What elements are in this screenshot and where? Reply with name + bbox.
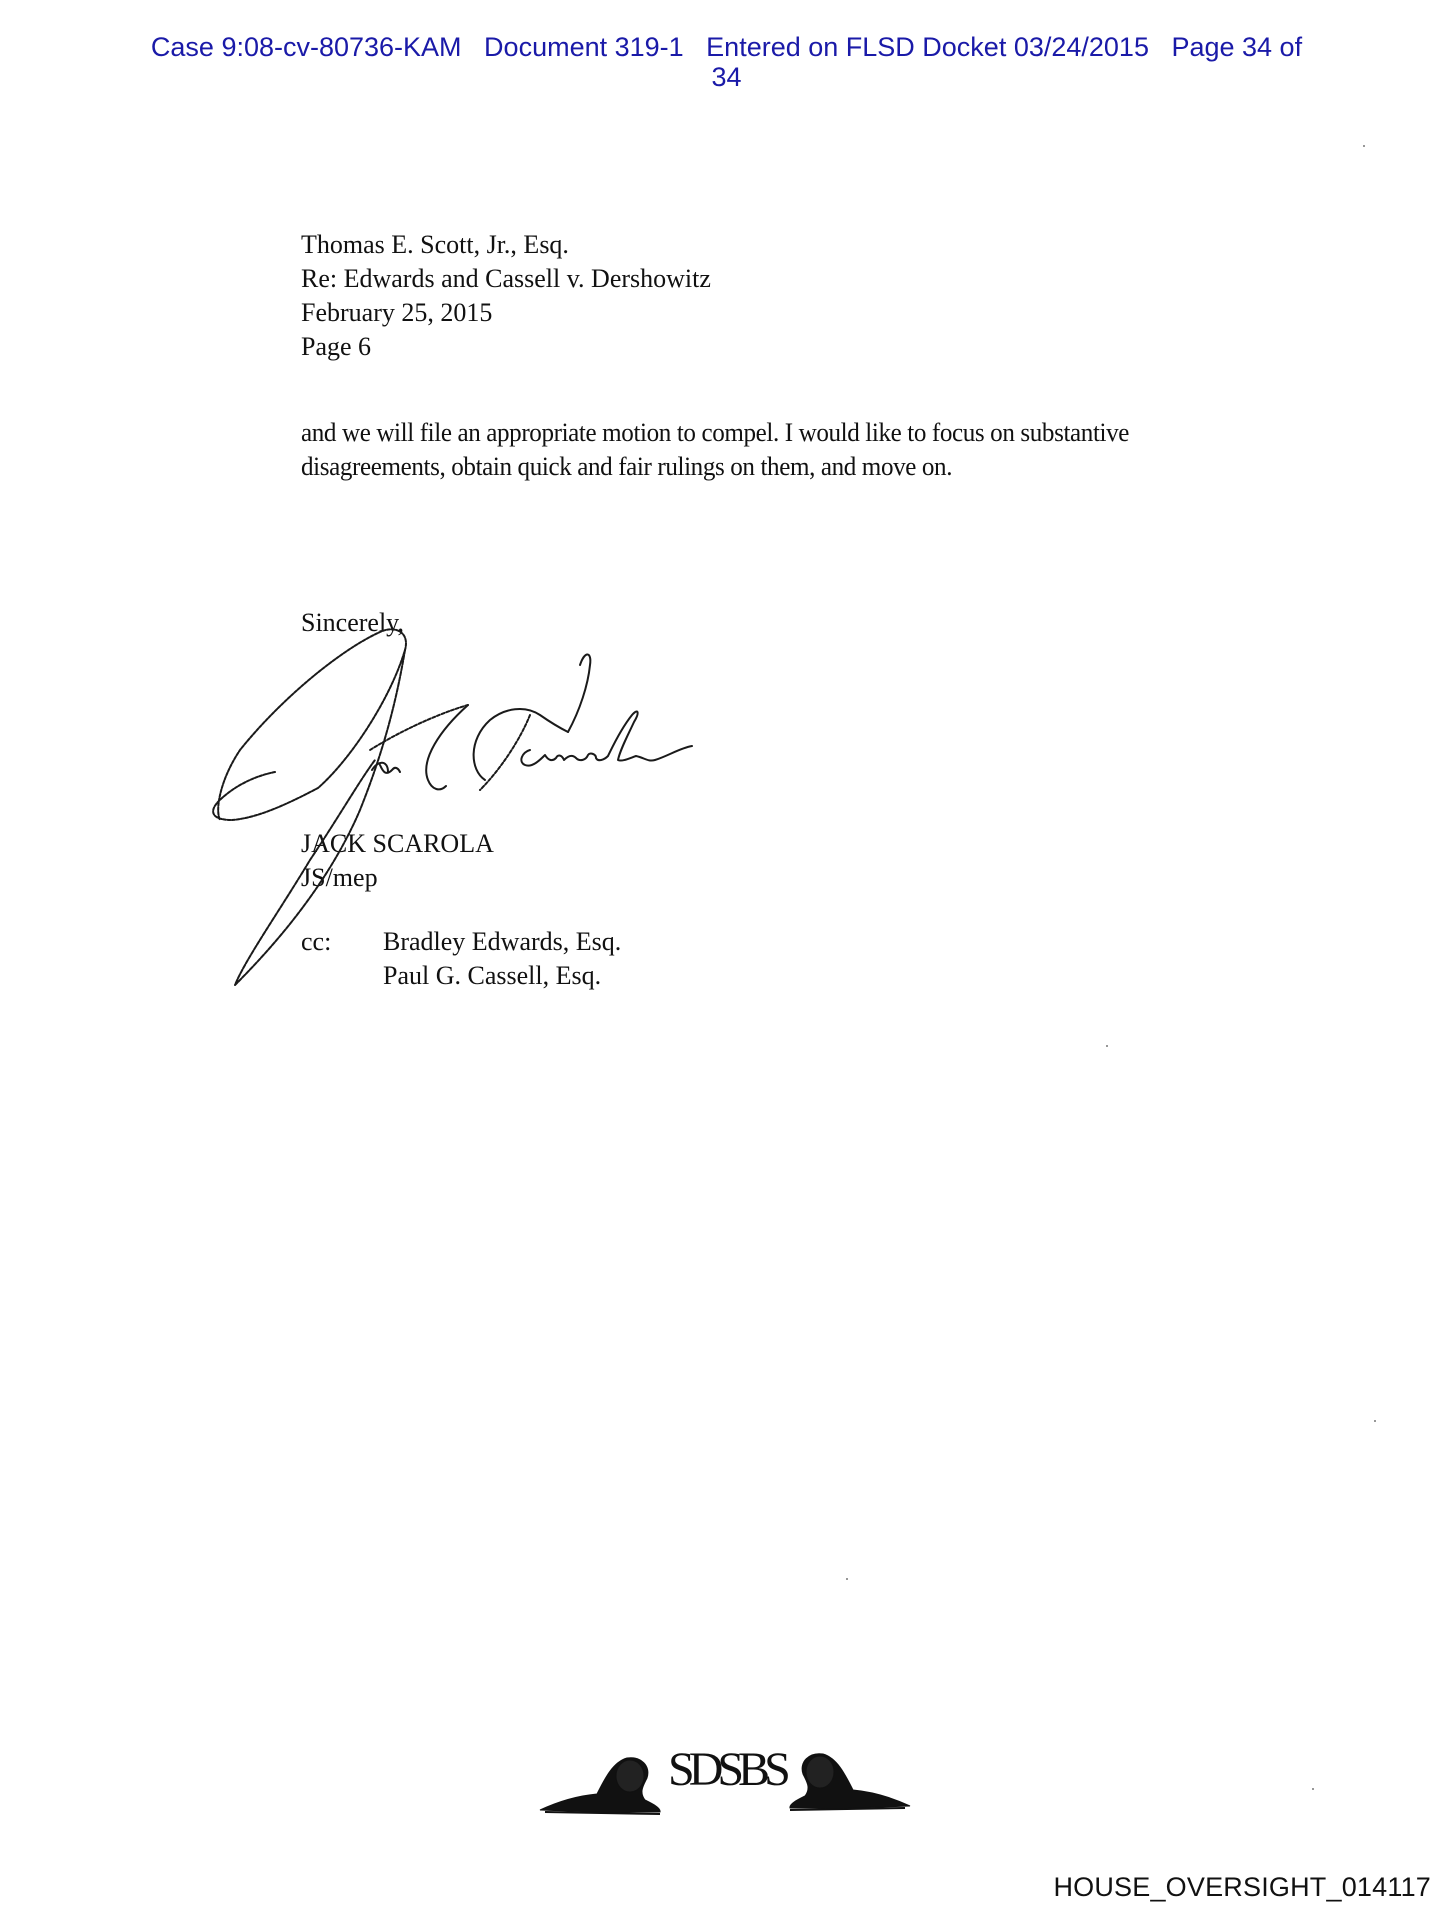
signer-name: JACK SCAROLA bbox=[301, 827, 494, 861]
letter-continuation-header: Thomas E. Scott, Jr., Esq. Re: Edwards a… bbox=[301, 228, 711, 364]
stamp-line-1: Case 9:08-cv-80736-KAM Document 319-1 En… bbox=[0, 32, 1453, 62]
cc-row: cc: Bradley Edwards, Esq. bbox=[301, 925, 621, 959]
body-paragraph: and we will file an appropriate motion t… bbox=[301, 416, 1276, 484]
typist-initials: JS/mep bbox=[301, 861, 494, 895]
cc-label: cc: bbox=[301, 925, 383, 959]
cc-block: cc: Bradley Edwards, Esq. Paul G. Cassel… bbox=[301, 925, 621, 993]
closing-salutation: Sincerely, bbox=[301, 606, 404, 640]
scan-speck bbox=[846, 1578, 848, 1580]
scan-speck bbox=[1106, 1045, 1108, 1047]
scan-speck bbox=[1312, 1788, 1314, 1790]
firm-logo: SDSBS bbox=[530, 1730, 920, 1820]
scan-speck bbox=[1363, 145, 1365, 147]
stamp-line-2: 34 bbox=[0, 62, 1453, 92]
body-line: and we will file an appropriate motion t… bbox=[301, 416, 1276, 450]
court-filing-stamp: Case 9:08-cv-80736-KAM Document 319-1 En… bbox=[0, 32, 1453, 92]
letter-date: February 25, 2015 bbox=[301, 296, 711, 330]
recipient-name: Thomas E. Scott, Jr., Esq. bbox=[301, 228, 711, 262]
page-number: Page 6 bbox=[301, 330, 711, 364]
re-line: Re: Edwards and Cassell v. Dershowitz bbox=[301, 262, 711, 296]
scan-speck bbox=[1374, 1420, 1376, 1422]
firm-monogram: SDSBS bbox=[668, 1742, 785, 1797]
lion-left-icon bbox=[535, 1748, 665, 1818]
cc-recipient: Paul G. Cassell, Esq. bbox=[301, 959, 621, 993]
lion-right-icon bbox=[785, 1744, 915, 1814]
signer-block: JACK SCAROLA JS/mep bbox=[301, 827, 494, 895]
cc-recipient: Bradley Edwards, Esq. bbox=[383, 925, 621, 959]
bates-number: HOUSE_OVERSIGHT_014117 bbox=[1053, 1872, 1431, 1903]
body-line: disagreements, obtain quick and fair rul… bbox=[301, 450, 1276, 484]
